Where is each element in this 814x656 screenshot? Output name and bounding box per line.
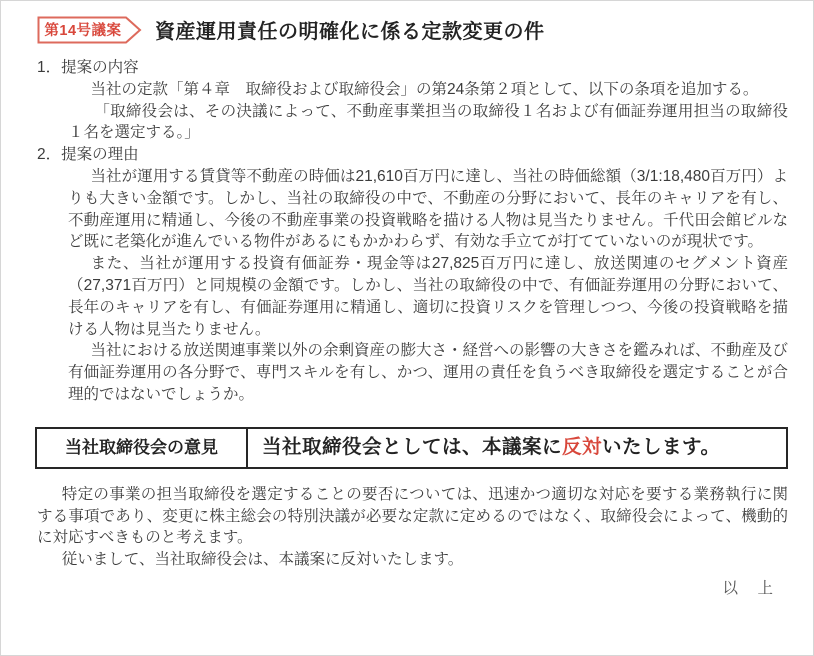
proposal-number: 第14号議案: [37, 16, 129, 44]
document-body: 1．提案の内容 当社の定款「第４章 取締役および取締役会」の第24条第２項として…: [37, 57, 788, 600]
page-title: 資産運用責任の明確化に係る定款変更の件: [155, 15, 545, 44]
board-opinion-label: 当社取締役会の意見: [37, 429, 248, 467]
board-opinion-box: 当社取締役会の意見 当社取締役会としては、本議案に反対いたします。: [35, 427, 788, 469]
section2-heading: 2．提案の理由: [37, 144, 788, 166]
section1-quoted-article: 「取締役会は、その決議によって、不動産事業担当の取締役１名および有価証券運用担当…: [68, 101, 788, 145]
section2-paragraph-2: また、当社が運用する投資有価証券・現金等は27,825百万円に達し、放送関連のセ…: [68, 253, 788, 340]
closing-paragraph-1: 特定の事業の担当取締役を選定することの要否については、迅速かつ適切な対応を要する…: [37, 484, 788, 549]
proposal-document: 第14号議案 資産運用責任の明確化に係る定款変更の件 1．提案の内容 当社の定款…: [0, 0, 814, 656]
opinion-oppose-highlight: 反対: [562, 437, 602, 459]
closing-paragraph-2: 従いまして、当社取締役会は、本議案に反対いたします。: [37, 549, 788, 571]
proposal-number-badge: 第14号議案: [37, 16, 142, 44]
document-end-mark: 以 上: [37, 578, 788, 600]
closing-remarks: 特定の事業の担当取締役を選定することの要否については、迅速かつ適切な対応を要する…: [37, 484, 788, 571]
proposal-header: 第14号議案 資産運用責任の明確化に係る定款変更の件: [37, 15, 788, 44]
section1-heading: 1．提案の内容: [37, 57, 788, 79]
section1-paragraph: 当社の定款「第４章 取締役および取締役会」の第24条第２項として、以下の条項を追…: [68, 79, 788, 101]
section2-paragraph-1: 当社が運用する賃貸等不動産の時価は21,610百万円に達し、当社の時価総額（3/…: [68, 166, 788, 253]
board-opinion-statement: 当社取締役会としては、本議案に反対いたします。: [248, 429, 786, 467]
opinion-statement-suffix: いたします。: [602, 437, 720, 459]
opinion-statement-prefix: 当社取締役会としては、本議案に: [262, 437, 562, 459]
section2-paragraph-3: 当社における放送関連事業以外の余剰資産の膨大さ・経営への影響の大きさを鑑みれば、…: [68, 340, 788, 405]
